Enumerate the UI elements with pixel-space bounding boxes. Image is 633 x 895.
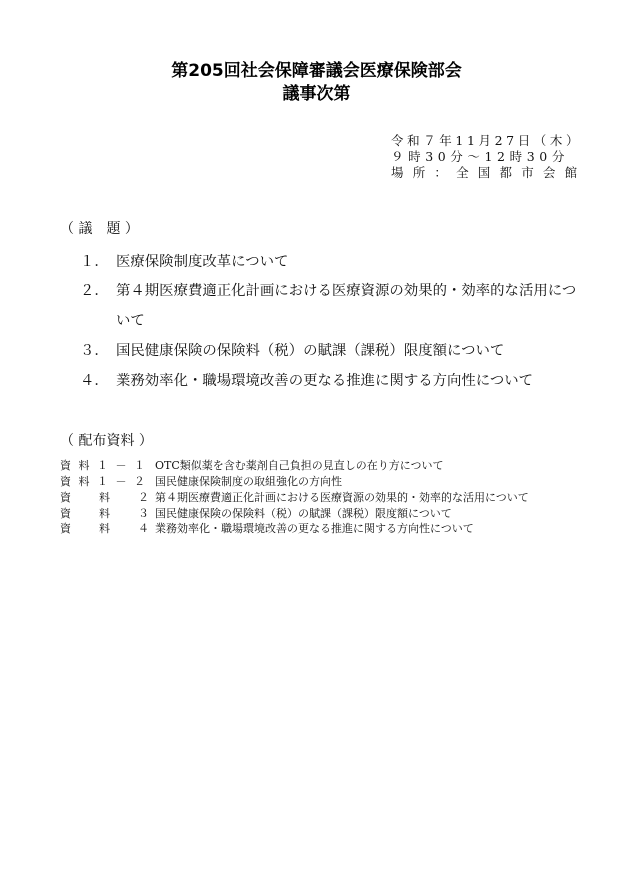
material-row: 資 料 ２第４期医療費適正化計画における医療資源の効果的・効率的な活用について: [60, 490, 529, 505]
material-title: 業務効率化・職場環境改善の更なる推進に関する方向性について: [155, 521, 474, 536]
material-label: 資 料 ２: [60, 490, 155, 505]
agenda-item: ２．第４期医療費適正化計画における医療資源の効果的・効率的な活用につ: [80, 282, 576, 300]
material-title: OTC類似薬を含む薬剤自己負担の見直しの在り方について: [155, 458, 444, 473]
meeting-time: ９時30分～12時30分: [391, 149, 581, 165]
material-row: 資 料 ４業務効率化・職場環境改善の更なる推進に関する方向性について: [60, 521, 474, 536]
material-row: 資 料 ３国民健康保険の保険料（税）の賦課（課税）限度額について: [60, 506, 452, 521]
page-title: 第205回社会保障審議会医療保険部会: [0, 61, 633, 81]
meeting-venue: 場所：全国都市会館: [391, 165, 581, 181]
document-page: 第205回社会保障審議会医療保険部会 議事次第 令和７年11月27日（木） ９時…: [0, 0, 633, 895]
agenda-item: ３．国民健康保険の保険料（税）の賦課（課税）限度額について: [80, 342, 504, 360]
agenda-item-text: 国民健康保険の保険料（税）の賦課（課税）限度額について: [116, 342, 504, 360]
material-label: 資 料 １ － １: [60, 458, 155, 473]
agenda-item: ４．業務効率化・職場環境改善の更なる推進に関する方向性について: [80, 372, 533, 390]
materials-heading: （ 配布資料 ）: [60, 432, 153, 450]
agenda-item-continuation: いて: [116, 312, 145, 330]
material-title: 第４期医療費適正化計画における医療資源の効果的・効率的な活用について: [155, 490, 529, 505]
page-subtitle: 議事次第: [0, 84, 633, 104]
material-title: 国民健康保険の保険料（税）の賦課（課税）限度額について: [155, 506, 452, 521]
material-row: 資 料 １ － ２国民健康保険制度の取組強化の方向性: [60, 474, 342, 489]
material-title: 国民健康保険制度の取組強化の方向性: [155, 474, 342, 489]
agenda-item-number: ３．: [80, 342, 116, 360]
agenda-item-text: 業務効率化・職場環境改善の更なる推進に関する方向性について: [116, 372, 533, 390]
agenda-item: １．医療保険制度改革について: [80, 253, 288, 271]
agenda-item-number: ４．: [80, 372, 116, 390]
agenda-item-number: １．: [80, 253, 116, 271]
material-label: 資 料 １ － ２: [60, 474, 155, 489]
agenda-heading: （ 議 題 ）: [60, 220, 139, 238]
material-label: 資 料 ３: [60, 506, 155, 521]
agenda-item-text: 第４期医療費適正化計画における医療資源の効果的・効率的な活用につ: [116, 282, 576, 300]
material-row: 資 料 １ － １OTC類似薬を含む薬剤自己負担の見直しの在り方について: [60, 458, 444, 473]
meeting-date: 令和７年11月27日（木）: [391, 133, 581, 149]
agenda-item-text: 医療保険制度改革について: [116, 253, 288, 271]
agenda-item-number: ２．: [80, 282, 116, 300]
material-label: 資 料 ４: [60, 521, 155, 536]
